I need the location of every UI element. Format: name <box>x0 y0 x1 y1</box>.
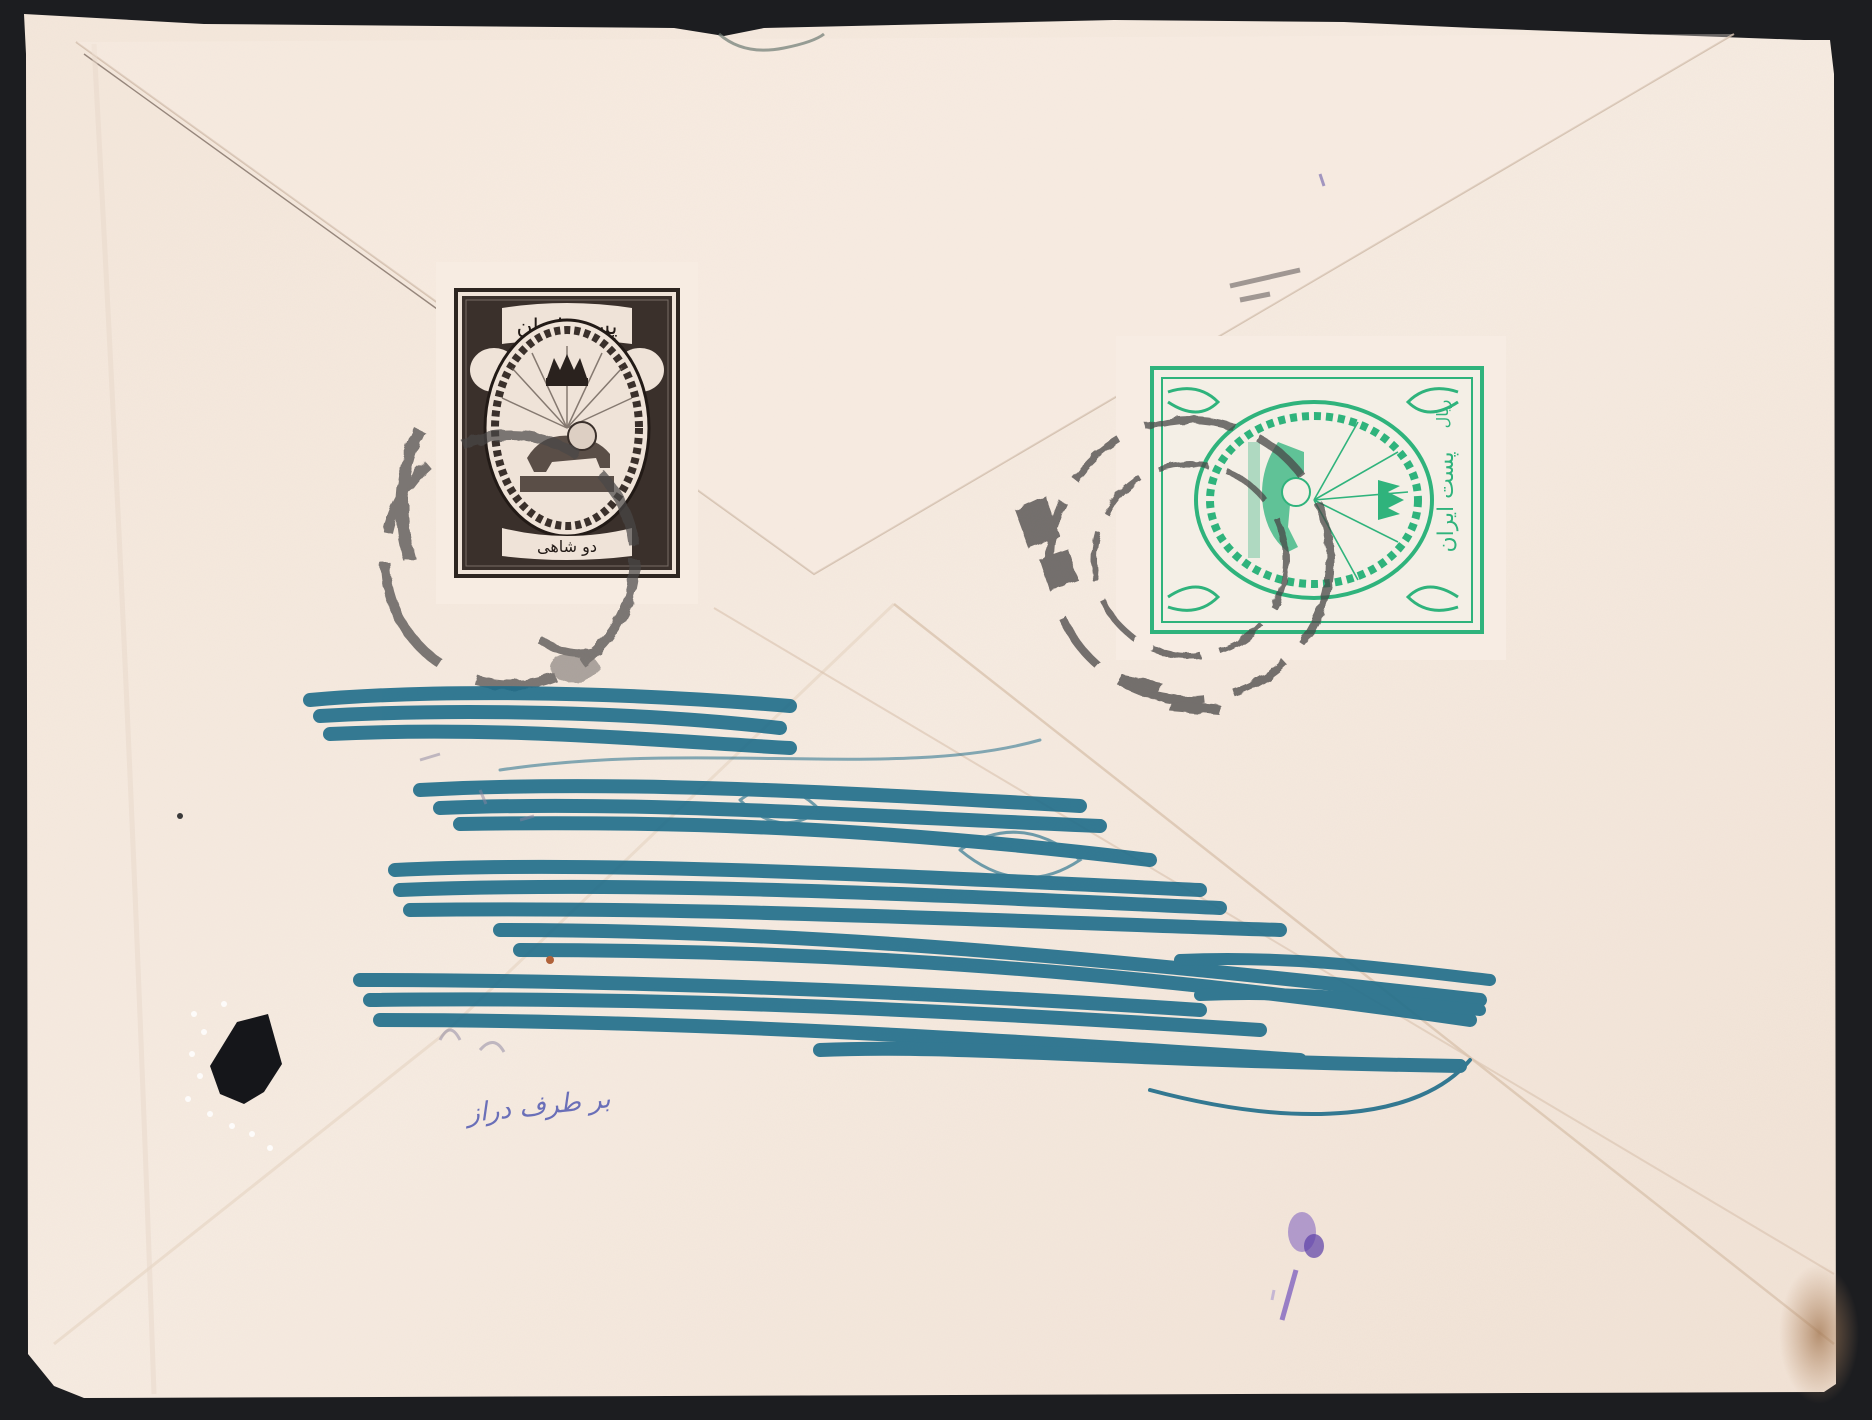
envelope-paper <box>24 14 1864 1406</box>
envelope-photo: پست ایران دو شاهی <box>0 0 1872 1420</box>
envelope-back <box>24 14 1864 1406</box>
svg-text:پست ایران: پست ایران <box>1434 452 1459 553</box>
svg-text:دو شاهی: دو شاهی <box>537 537 597 557</box>
stamp-green-lion-and-sun: پست ایران ریال <box>1108 322 1513 666</box>
lion-sun-emblem-icon: پست ایران ریال <box>1108 322 1513 666</box>
svg-text:ریال: ریال <box>1433 400 1453 429</box>
lion-sun-emblem-icon: پست ایران دو شاهی <box>432 258 702 608</box>
stamp-black-lion-and-sun: پست ایران دو شاهی <box>432 258 702 608</box>
